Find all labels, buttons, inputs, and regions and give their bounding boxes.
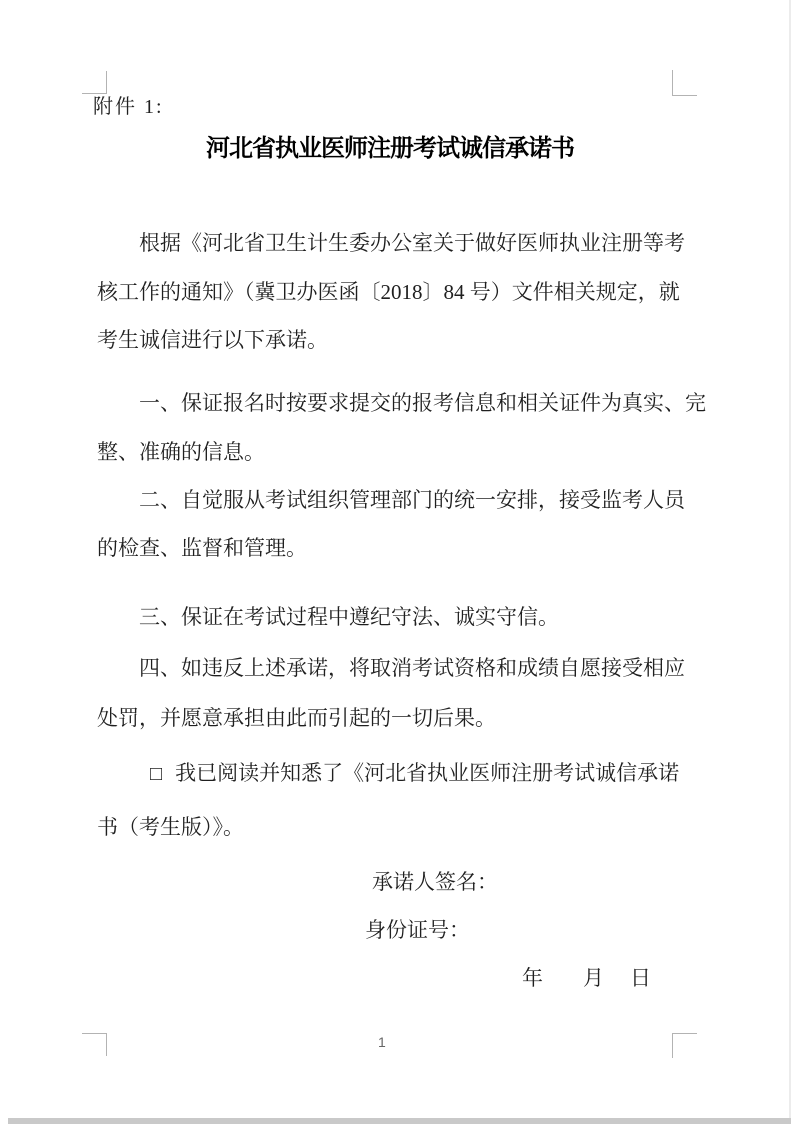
body-line: 三、保证在考试过程中遵纪守法、诚实守信。 [139, 604, 559, 631]
body-line: 根据《河北省卫生计生委办公室关于做好医师执业注册等考 [139, 230, 685, 257]
body-line: 处罚，并愿意承担由此而引起的一切后果。 [97, 705, 496, 732]
body-line: 四、如违反上述承诺，将取消考试资格和成绩自愿接受相应 [139, 655, 685, 682]
margin-crop-mark-bottom-right [672, 1033, 697, 1058]
page-title: 河北省执业医师注册考试诚信承诺书 [97, 134, 683, 164]
attachment-label: 附件 1: [93, 94, 164, 120]
body-line: 的检查、监督和管理。 [97, 535, 307, 562]
page-bottom-edge [8, 1118, 791, 1124]
agreement-text: 我已阅读并知悉了《河北省执业医师注册考试诚信承诺 [175, 761, 679, 785]
body-line: 整、准确的信息。 [97, 439, 265, 466]
margin-crop-mark-bottom-left [82, 1033, 107, 1056]
date-year-label: 年 [522, 965, 543, 992]
date-month-label: 月 [583, 965, 604, 992]
margin-crop-mark-top-left [82, 71, 107, 94]
body-line: 一、保证报名时按要求提交的报考信息和相关证件为真实、完 [139, 390, 706, 417]
body-line: 书（考生版）》。 [97, 814, 244, 841]
body-line: 考生诚信进行以下承诺。 [97, 327, 328, 354]
agreement-line: □我已阅读并知悉了《河北省执业医师注册考试诚信承诺 [150, 760, 679, 788]
document-page: 附件 1: 河北省执业医师注册考试诚信承诺书 根据《河北省卫生计生委办公室关于做… [0, 0, 791, 1124]
id-number-label: 身份证号： [365, 917, 470, 944]
body-line: 二、自觉服从考试组织管理部门的统一安排，接受监考人员 [139, 487, 685, 514]
body-line: 核工作的通知》（冀卫办医函〔2018〕84 号）文件相关规定，就 [97, 279, 680, 306]
date-day-label: 日 [630, 965, 651, 992]
page-number: 1 [378, 1034, 386, 1050]
margin-crop-mark-top-right [672, 70, 697, 96]
signer-name-label: 承诺人签名： [372, 869, 498, 896]
agreement-checkbox[interactable]: □ [150, 761, 162, 788]
